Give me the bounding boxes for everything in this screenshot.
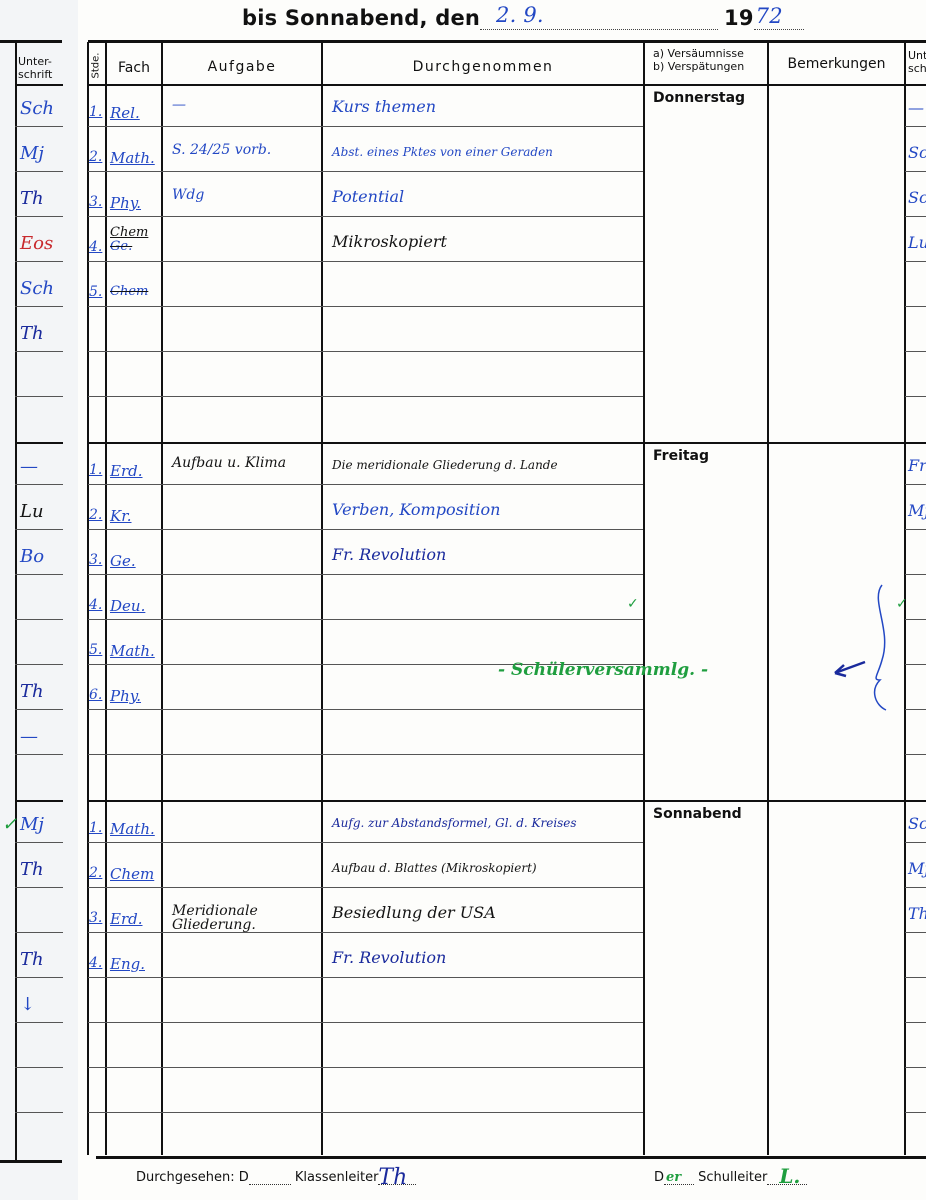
year-field: 72 [754, 7, 804, 30]
left-row-line [15, 619, 63, 620]
left-row-line [15, 709, 63, 710]
left-row-line [15, 396, 63, 397]
right-signature: Fr [908, 456, 926, 475]
right-signature: Sch [908, 188, 926, 207]
lesson-number: 2. [89, 149, 102, 165]
day-name-donnerstag: Donnerstag [653, 90, 745, 106]
left-signature: — [20, 456, 38, 477]
left-day-separator [15, 84, 63, 86]
subject: Chem [110, 865, 154, 883]
date-field: 2. 9. [480, 7, 718, 30]
row-line [88, 1022, 643, 1023]
row-line [88, 1067, 643, 1068]
left-row-line [15, 351, 63, 352]
grid-vline-1 [105, 42, 107, 1155]
row-line-right [905, 261, 926, 262]
left-signature: Th [20, 681, 44, 702]
row-line-right [905, 1022, 926, 1023]
left-signature: Th [20, 949, 44, 970]
row-line [88, 171, 643, 172]
header-stunde: Stde. [91, 51, 102, 81]
assignment: Wdg [172, 188, 317, 202]
row-line-right [905, 126, 926, 127]
row-line-right [905, 754, 926, 755]
row-line [88, 977, 643, 978]
header-line1: Unter- [18, 55, 52, 68]
topic-covered: Kurs themen [332, 99, 640, 115]
left-row-line [15, 306, 63, 307]
lesson-number: 4. [89, 955, 102, 971]
left-row-line [15, 126, 63, 127]
schulleiter-signature: L. [779, 1164, 800, 1188]
left-signature: ↓ [20, 994, 35, 1015]
left-signature: Th [20, 859, 44, 880]
klassenleiter-signature-field: Th [378, 1172, 416, 1185]
lesson-number: 2. [89, 507, 102, 523]
lesson-number: 4. [89, 239, 102, 255]
left-signature: Th [20, 188, 44, 209]
right-signature: Lu [908, 233, 926, 252]
subject: Math. [110, 642, 155, 660]
footer-reviewed: Durchgesehen: D KlassenleiterTh [136, 1170, 416, 1185]
row-line-right [905, 932, 926, 933]
left-row-line [15, 1067, 63, 1068]
row-line [88, 261, 643, 262]
row-line [88, 619, 643, 620]
row-line-right [905, 1067, 926, 1068]
subject: Ge. [110, 552, 136, 570]
header-durchgenommen: Durchgenommen [323, 59, 643, 75]
header-line2: schrift [18, 68, 52, 81]
row-line-right [905, 619, 926, 620]
subject: Deu. [110, 597, 145, 615]
topic-covered: Aufg. zur Abstandsformel, Gl. d. Kreises [332, 815, 640, 831]
subject: Chem [110, 225, 148, 240]
check-mark-icon: ✓ [627, 596, 639, 612]
lesson-number: 1. [89, 820, 102, 836]
lesson-number: 4. [89, 597, 102, 613]
left-signature: ✓ [2, 814, 17, 835]
left-row-line [15, 842, 63, 843]
header-bemerkungen: Bemerkungen [769, 56, 904, 72]
row-line-right [905, 529, 926, 530]
left-row-line [15, 529, 63, 530]
left-row-line [15, 932, 63, 933]
left-signature: Bo [20, 546, 44, 567]
header-line1: Unt [908, 49, 926, 62]
row-line [88, 1112, 643, 1113]
row-line [88, 351, 643, 352]
der-handwritten: er [666, 1170, 681, 1185]
left-signature: Lu [20, 501, 44, 522]
topic-covered: Fr. Revolution [332, 547, 640, 563]
date-handwritten: 2. 9. [496, 3, 544, 27]
row-line-right [905, 574, 926, 575]
left-row-line [15, 1022, 63, 1023]
schulleiter-label: Schulleiter [698, 1170, 767, 1185]
subject: Eng. [110, 955, 145, 973]
topic-covered: Abst. eines Pktes von einer Geraden [332, 144, 640, 160]
row-line [88, 216, 643, 217]
lesson-number: 3. [89, 552, 102, 568]
left-col-line [15, 42, 17, 1162]
row-line-right [905, 484, 926, 485]
lesson-number: 5. [89, 284, 102, 300]
right-page [78, 0, 926, 1200]
subject-struck: Chem [110, 284, 148, 299]
right-signature: Mj [908, 859, 926, 878]
left-row-line [15, 171, 63, 172]
right-signature: — [908, 98, 924, 117]
assignment: S. 24/25 vorb. [172, 143, 317, 157]
header-versaeumnisse: a) Versäumnisse b) Verspätungen [653, 47, 744, 73]
row-line [88, 754, 643, 755]
row-line-right [905, 351, 926, 352]
left-day-separator [15, 442, 63, 444]
subject: Phy. [110, 194, 141, 212]
assignment: Aufbau u. Klima [172, 456, 317, 470]
right-signature: Th [908, 904, 926, 923]
row-line [88, 396, 643, 397]
right-signature: Sch [908, 143, 926, 162]
row-line-right [905, 306, 926, 307]
schulleiter-signature-field: L. [767, 1172, 807, 1185]
row-line [88, 887, 643, 888]
right-signature: Sch [908, 814, 926, 833]
row-line-right [905, 842, 926, 843]
bottom-rule [96, 1156, 926, 1159]
subject: Kr. [110, 507, 132, 525]
left-signature: Mj [20, 143, 44, 164]
lesson-number: 5. [89, 642, 102, 658]
row-line-right [905, 887, 926, 888]
title-prefix: bis Sonnabend, den [242, 6, 480, 30]
left-signature: Th [20, 323, 44, 344]
subject-struck: Ge. [110, 239, 132, 254]
lesson-number: 1. [89, 104, 102, 120]
row-line-right [905, 664, 926, 665]
topic-covered: Die meridionale Gliederung d. Lande [332, 457, 640, 473]
left-day-separator [15, 800, 63, 802]
row-line-right [905, 977, 926, 978]
left-row-line [15, 887, 63, 888]
freitag-annotation: - Schülerversammlg. - [498, 660, 708, 680]
subject: Math. [110, 820, 155, 838]
row-line [88, 306, 643, 307]
topic-covered: Aufbau d. Blattes (Mikroskopiert) [332, 860, 640, 876]
brace-arrow-icon [830, 580, 900, 720]
row-line-right [905, 216, 926, 217]
grid-vline-4 [643, 42, 645, 1155]
durchgesehen-field [249, 1172, 291, 1185]
header-aufgabe: Aufgabe [163, 59, 321, 75]
left-signature: — [20, 726, 38, 747]
left-unterschrift-header: Unter- schrift [18, 55, 52, 81]
left-row-line [15, 1112, 63, 1113]
left-row-line [15, 754, 63, 755]
day-separator [88, 800, 926, 802]
header-line2: sch [908, 62, 926, 75]
header-fach: Fach [107, 60, 161, 76]
left-row-line [15, 977, 63, 978]
subject: Math. [110, 149, 155, 167]
left-row-line [15, 664, 63, 665]
left-signature: Mj [20, 814, 44, 835]
year-prefix: 19 [724, 6, 754, 30]
right-signature: Mj [908, 501, 926, 520]
day-name-freitag: Freitag [653, 448, 709, 464]
left-top-rule [0, 40, 62, 43]
lesson-number: 1. [89, 462, 102, 478]
subject: Phy. [110, 687, 141, 705]
left-bottom-rule [0, 1160, 62, 1163]
subject: Erd. [110, 462, 143, 480]
subject: Rel. [110, 104, 140, 122]
day-name-sonnabend: Sonnabend [653, 806, 742, 822]
header-unterschrift-right: Unt sch [908, 49, 926, 75]
assignment: — [172, 98, 317, 112]
left-page-edge [0, 0, 78, 1200]
grid-vline-2 [161, 42, 163, 1155]
row-line [88, 484, 643, 485]
topic-covered: Fr. Revolution [332, 950, 640, 966]
left-row-line [15, 574, 63, 575]
lesson-number: 6. [89, 687, 102, 703]
day-separator [88, 442, 926, 444]
row-line [88, 709, 643, 710]
der-field: er [664, 1172, 694, 1185]
top-rule [88, 40, 926, 43]
row-line [88, 529, 643, 530]
lesson-number: 3. [89, 910, 102, 926]
year-handwritten: 72 [756, 4, 783, 28]
grid-vline-5 [767, 42, 769, 1155]
header-versaeumnisse-a: a) Versäumnisse [653, 47, 744, 60]
left-signature: Sch [20, 278, 54, 299]
left-row-line [15, 216, 63, 217]
durchgesehen-label: Durchgesehen: D [136, 1170, 249, 1185]
left-row-line [15, 484, 63, 485]
subject: Erd. [110, 910, 143, 928]
left-signature: Sch [20, 98, 54, 119]
klassenleiter-label: Klassenleiter [295, 1170, 379, 1185]
topic-covered: Mikroskopiert [332, 234, 640, 250]
topic-covered: Potential [332, 189, 640, 205]
week-title: bis Sonnabend, den2. 9.1972 [242, 6, 804, 30]
row-line [88, 126, 643, 127]
row-line [88, 574, 643, 575]
row-line-right [905, 709, 926, 710]
left-signature: Eos [20, 233, 53, 254]
lesson-number: 3. [89, 194, 102, 210]
topic-covered: Verben, Komposition [332, 502, 640, 518]
lesson-number: 2. [89, 865, 102, 881]
topic-covered: Besiedlung der USA [332, 905, 640, 921]
klassenleiter-signature: Th [378, 1165, 407, 1190]
left-row-line [15, 261, 63, 262]
row-line-right [905, 171, 926, 172]
footer-principal: Der SchulleiterL. [654, 1170, 807, 1185]
row-line-right [905, 1112, 926, 1113]
row-line [88, 842, 643, 843]
header-versaeumnisse-b: b) Verspätungen [653, 60, 744, 73]
assignment: Meridionale Gliederung. [172, 904, 317, 932]
der-prefix: D [654, 1170, 664, 1185]
row-line-right [905, 396, 926, 397]
day-separator [88, 84, 926, 86]
grid-vline-3 [321, 42, 323, 1155]
